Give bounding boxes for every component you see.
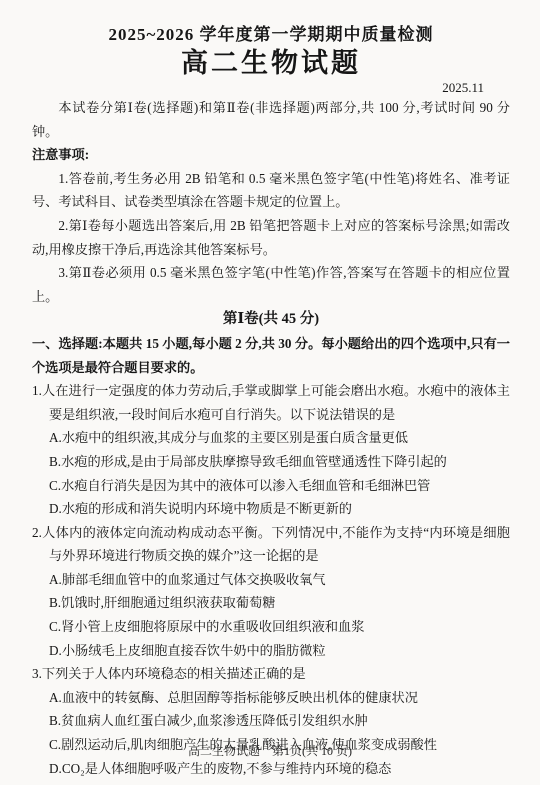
question-option-b: B.水疱的形成,是由于局部皮肤摩擦导致毛细血管壁通透性下降引起的 xyxy=(32,450,510,474)
notice-item-1: 1.答卷前,考生务必用 2B 铅笔和 0.5 毫米黑色签字笔(中性笔)将姓名、准… xyxy=(32,167,510,214)
question-option-a: A.肺部毛细血管中的血浆通过气体交换吸收氧气 xyxy=(32,568,510,592)
intro-paragraph: 本试卷分第Ⅰ卷(选择题)和第Ⅱ卷(非选择题)两部分,共 100 分,考试时间 9… xyxy=(32,96,510,143)
question-stem-text: 下列关于人体内环境稳态的相关描述正确的是 xyxy=(42,666,306,681)
question-stem: 1.人在进行一定强度的体力劳动后,手掌或脚掌上可能会磨出水疱。水疱中的液体主要是… xyxy=(32,379,510,426)
page-footer: 高二生物试题 第1页(共 10 页) xyxy=(0,742,540,759)
exam-paper: 2025~2026 学年度第一学期期中质量检测 高二生物试题 2025.11 本… xyxy=(0,0,540,780)
question-option-a: A.水疱中的组织液,其成分与血浆的主要区别是蛋白质含量更低 xyxy=(32,426,510,450)
question-option-c: C.肾小管上皮细胞将原尿中的水重吸收回组织液和血浆 xyxy=(32,615,510,639)
question-number: 3. xyxy=(32,666,42,681)
question-stem-text: 人体内的液体定向流动构成动态平衡。下列情况中,不能作为支持“内环境是细胞与外界环… xyxy=(42,525,510,564)
question-stem: 3.下列关于人体内环境稳态的相关描述正确的是 xyxy=(32,662,510,686)
question-1: 1.人在进行一定强度的体力劳动后,手掌或脚掌上可能会磨出水疱。水疱中的液体主要是… xyxy=(32,379,510,521)
section-instruction: 一、选择题:本题共 15 小题,每小题 2 分,共 30 分。每小题给出的四个选… xyxy=(32,332,510,379)
question-option-d: D.CO₂是人体细胞呼吸产生的废物,不参与维持内环境的稳态 xyxy=(32,757,510,781)
question-number: 1. xyxy=(32,383,42,398)
question-stem: 2.人体内的液体定向流动构成动态平衡。下列情况中,不能作为支持“内环境是细胞与外… xyxy=(32,521,510,568)
question-option-d: D.水疱的形成和消失说明内环境中物质是不断更新的 xyxy=(32,497,510,521)
question-stem-text: 人在进行一定强度的体力劳动后,手掌或脚掌上可能会磨出水疱。水疱中的液体主要是组织… xyxy=(42,383,510,422)
exam-session-title: 2025~2026 学年度第一学期期中质量检测 xyxy=(32,20,510,45)
question-number: 2. xyxy=(32,525,42,540)
question-3: 3.下列关于人体内环境稳态的相关描述正确的是 A.血液中的转氨酶、总胆固醇等指标… xyxy=(32,662,510,780)
notice-item-2: 2.第Ⅰ卷每小题选出答案后,用 2B 铅笔把答题卡上对应的答案标号涂黑;如需改动… xyxy=(32,214,510,261)
question-option-a: A.血液中的转氨酶、总胆固醇等指标能够反映出机体的健康状况 xyxy=(32,686,510,710)
question-2: 2.人体内的液体定向流动构成动态平衡。下列情况中,不能作为支持“内环境是细胞与外… xyxy=(32,521,510,663)
notice-item-3: 3.第Ⅱ卷必须用 0.5 毫米黑色签字笔(中性笔)作答,答案写在答题卡的相应位置… xyxy=(32,261,510,308)
notice-heading: 注意事项: xyxy=(32,143,510,167)
exam-date: 2025.11 xyxy=(32,80,510,96)
question-option-b: B.贫血病人血红蛋白减少,血浆渗透压降低引发组织水肿 xyxy=(32,709,510,733)
section-title: 第Ⅰ卷(共 45 分) xyxy=(32,308,510,332)
question-option-d: D.小肠绒毛上皮细胞直接吞饮牛奶中的脂肪微粒 xyxy=(32,639,510,663)
exam-title: 高二生物试题 xyxy=(32,47,510,79)
question-option-c: C.水疱自行消失是因为其中的液体可以渗入毛细血管和毛细淋巴管 xyxy=(32,474,510,498)
question-option-b: B.饥饿时,肝细胞通过组织液获取葡萄糖 xyxy=(32,591,510,615)
